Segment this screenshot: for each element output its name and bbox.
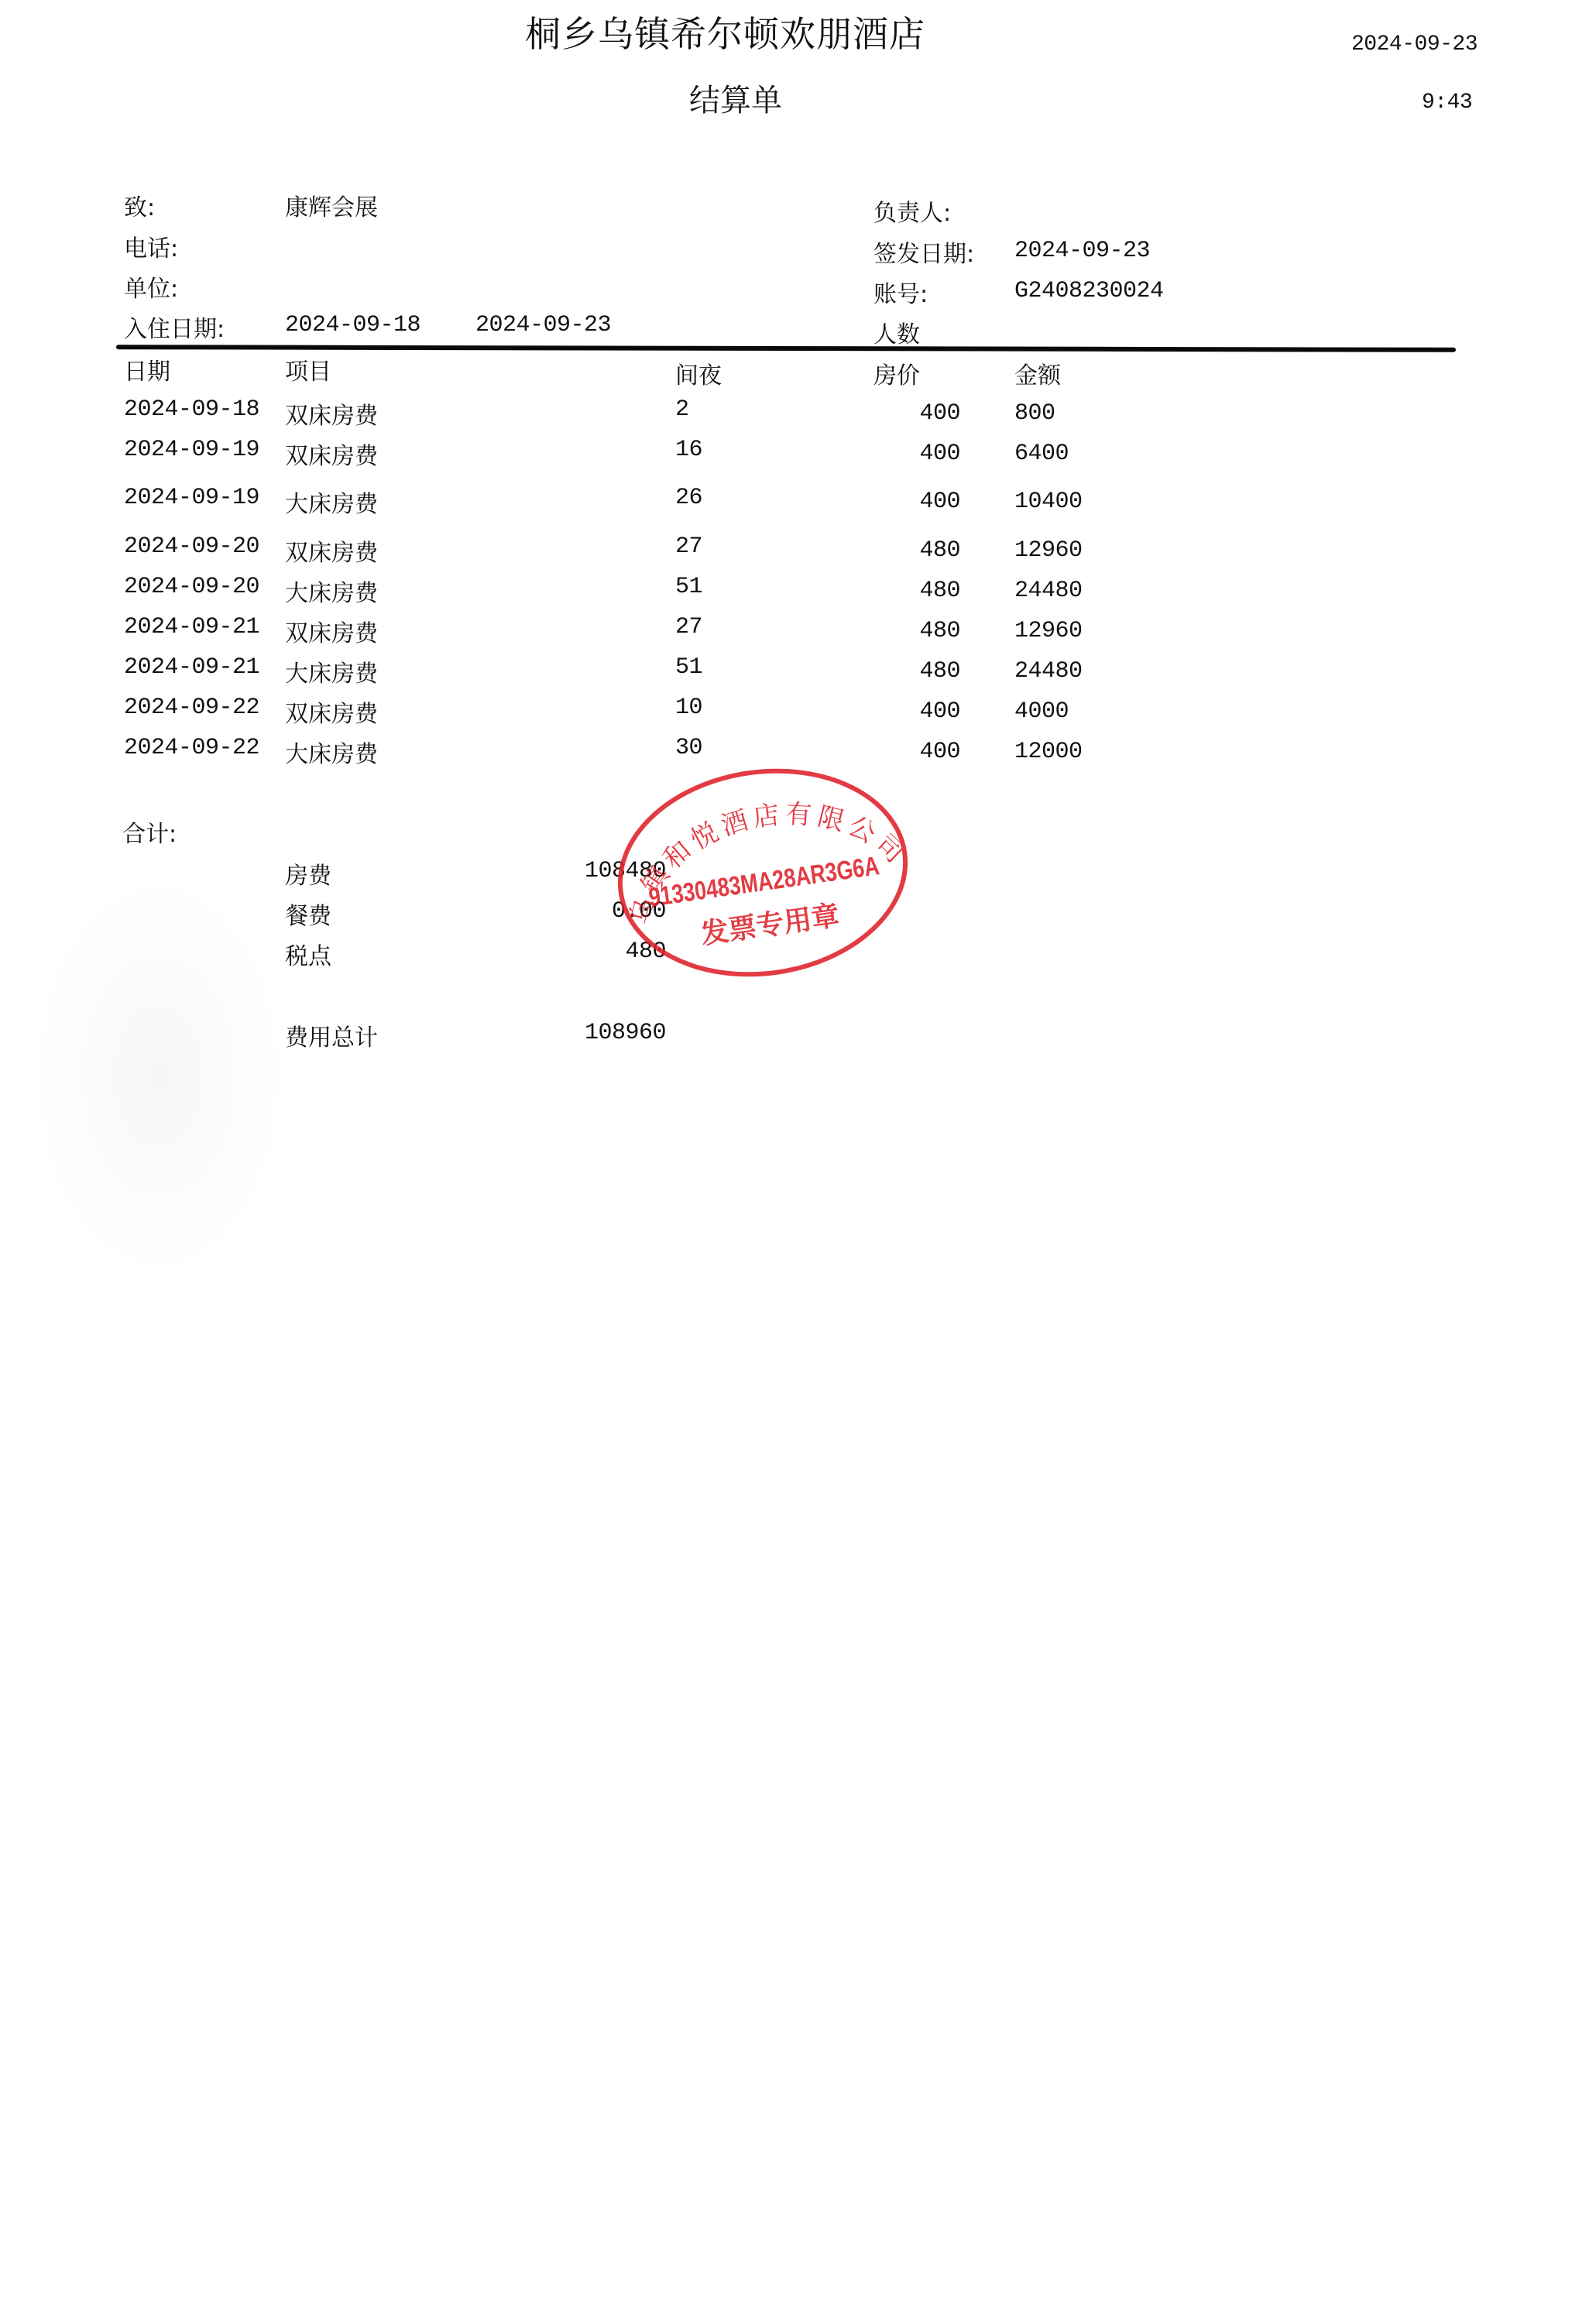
- checkin-label: 入住日期:: [124, 310, 225, 344]
- summary-label: 合计:: [122, 815, 177, 849]
- row-rate: 480: [875, 618, 960, 644]
- tax-label: 税点: [285, 937, 331, 971]
- invoice-seal-stamp: 乌镇和悦酒店有限公司 91330483MA28AR3G6A 发票专用章: [612, 763, 914, 983]
- print-date: 2024-09-23: [1351, 33, 1478, 57]
- header-divider: [116, 345, 1456, 352]
- grand-total-label: 费用总计: [285, 1018, 378, 1052]
- meal-fee-label: 餐费: [285, 897, 331, 931]
- row-amount: 4000: [1014, 698, 1069, 725]
- row-nights: 27: [675, 534, 702, 560]
- col-date: 日期: [124, 352, 170, 386]
- row-nights: 51: [675, 574, 702, 600]
- phone-label: 电话:: [124, 229, 178, 263]
- row-item: 双床房费: [285, 695, 378, 729]
- row-date: 2024-09-22: [124, 695, 259, 721]
- stamp-purpose: 发票专用章: [698, 899, 841, 951]
- col-nights: 间夜: [675, 356, 722, 390]
- row-date: 2024-09-22: [124, 735, 259, 761]
- issue-date-value: 2024-09-23: [1014, 238, 1150, 264]
- row-date: 2024-09-19: [124, 485, 259, 511]
- checkin-from: 2024-09-18: [285, 312, 420, 338]
- row-date: 2024-09-21: [124, 614, 259, 640]
- row-rate: 480: [875, 578, 960, 604]
- row-amount: 800: [1014, 400, 1055, 427]
- scan-smudge: [31, 875, 287, 1278]
- manager-label: 负责人:: [874, 194, 951, 228]
- to-label: 致:: [124, 188, 155, 222]
- row-rate: 480: [875, 537, 960, 564]
- row-amount: 10400: [1014, 489, 1083, 515]
- col-amount: 金额: [1014, 356, 1061, 390]
- row-item: 大床房费: [285, 654, 378, 688]
- row-item: 双床房费: [285, 396, 378, 431]
- col-rate: 房价: [874, 356, 920, 390]
- row-rate: 400: [875, 739, 960, 765]
- row-nights: 51: [675, 654, 702, 681]
- row-item: 大床房费: [285, 735, 378, 769]
- row-rate: 480: [875, 658, 960, 685]
- row-nights: 16: [675, 437, 702, 463]
- row-date: 2024-09-18: [124, 396, 259, 423]
- row-item: 双床房费: [285, 614, 378, 648]
- row-item: 双床房费: [285, 534, 378, 568]
- row-amount: 12960: [1014, 537, 1083, 564]
- row-amount: 6400: [1014, 441, 1069, 467]
- row-nights: 26: [675, 485, 702, 511]
- row-rate: 400: [875, 441, 960, 467]
- row-item: 大床房费: [285, 485, 378, 519]
- row-amount: 24480: [1014, 578, 1083, 604]
- print-time: 9:43: [1422, 91, 1472, 115]
- account-value: G2408230024: [1014, 278, 1164, 304]
- row-nights: 27: [675, 614, 702, 640]
- row-nights: 30: [675, 735, 702, 761]
- hotel-name: 桐乡乌镇希尔顿欢朋酒店: [525, 6, 925, 57]
- row-amount: 12000: [1014, 739, 1083, 765]
- doc-title: 结算单: [689, 76, 782, 120]
- row-item: 大床房费: [285, 574, 378, 608]
- row-date: 2024-09-21: [124, 654, 259, 681]
- row-date: 2024-09-19: [124, 437, 259, 463]
- row-date: 2024-09-20: [124, 534, 259, 560]
- guests-label: 人数: [874, 315, 920, 349]
- row-date: 2024-09-20: [124, 574, 259, 600]
- row-nights: 2: [675, 396, 689, 423]
- account-label: 账号:: [874, 275, 928, 309]
- unit-label: 单位:: [124, 269, 178, 304]
- row-item: 双床房费: [285, 437, 378, 471]
- room-fee-label: 房费: [285, 856, 331, 890]
- row-amount: 24480: [1014, 658, 1083, 685]
- col-item: 项目: [285, 352, 331, 386]
- row-amount: 12960: [1014, 618, 1083, 644]
- row-rate: 400: [875, 400, 960, 427]
- issue-date-label: 签发日期:: [874, 235, 974, 269]
- to-value: 康辉会展: [285, 188, 378, 222]
- checkin-to: 2024-09-23: [475, 312, 611, 338]
- row-rate: 400: [875, 489, 960, 515]
- row-nights: 10: [675, 695, 702, 721]
- row-rate: 400: [875, 698, 960, 725]
- grand-total-value: 108960: [542, 1020, 666, 1046]
